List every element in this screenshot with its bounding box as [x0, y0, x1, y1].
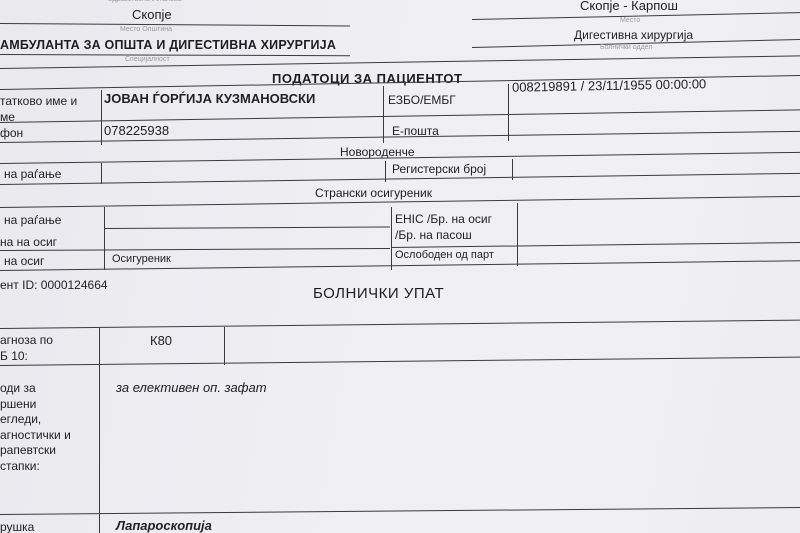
- exempt-label: Ослободен од парт: [395, 249, 494, 261]
- place-value: Скопје - Карпош: [580, 0, 678, 13]
- ehic-label-2: /Бр. на пасош: [395, 228, 472, 242]
- reasons-label-line: рапевтски: [0, 443, 71, 459]
- column-divider: [99, 328, 100, 533]
- divider: [0, 23, 350, 26]
- diagnosis-label-2: Б 10:: [0, 349, 28, 363]
- divider: [0, 357, 800, 366]
- column-divider: [517, 203, 518, 266]
- phone-label: фон: [0, 126, 23, 140]
- city-value: Скопје: [132, 7, 172, 22]
- column-divider: [391, 207, 392, 270]
- column-divider: [101, 163, 102, 184]
- phone-value: 078225938: [104, 123, 169, 138]
- hospital-dept-value: Дигестивна хирургија: [574, 28, 693, 42]
- insurance-type-label: на осиг: [4, 254, 44, 268]
- hospital-dept-label: Болнички оддел: [600, 44, 652, 51]
- referral-title: БОЛНИЧКИ УПАТ: [313, 285, 444, 302]
- institution-label: Здравствена Установа: [108, 0, 181, 3]
- reasons-label-line: егледи,: [0, 412, 71, 428]
- specialty-label: Специјалност: [125, 56, 170, 63]
- insurance-type-value: Осигуреник: [112, 253, 171, 265]
- surgery-value: Лапароскопија: [116, 518, 212, 533]
- ehic-label: ЕНІС /Бр. на осиг: [395, 212, 492, 226]
- column-divider: [104, 207, 105, 270]
- column-divider: [101, 90, 102, 145]
- column-divider: [224, 327, 225, 365]
- divider: [0, 507, 800, 515]
- document-id: ент ID: 0000124664: [0, 278, 108, 292]
- reasons-label-line: стапки:: [0, 459, 71, 475]
- divider: [104, 227, 390, 229]
- reasons-label-line: оди за: [0, 381, 71, 397]
- divider: [0, 248, 390, 251]
- newborn-birth-label: на раѓање: [4, 167, 61, 181]
- ezbo-value: 008219891 / 23/11/1955 00:00:00: [512, 76, 706, 94]
- divider: [0, 55, 800, 69]
- name-label: татково име и: [0, 94, 77, 108]
- register-label: Регистерски број: [392, 162, 486, 176]
- city-label: Место Општина: [120, 26, 172, 33]
- divider: [0, 320, 800, 329]
- foreign-birth-label: на раѓање: [4, 213, 61, 227]
- specialty-value: АМБУЛАНТА ЗА ОПШТА И ДИГЕСТИВНА ХИРУРГИЈ…: [0, 38, 336, 52]
- divider: [391, 242, 800, 248]
- patient-name-value: ЈОВАН ЃОРЃИЈА КУЗМАНОВСКИ: [104, 91, 315, 106]
- reasons-label-line: ршени: [0, 397, 71, 413]
- reasons-label-line: агностички и: [0, 428, 71, 444]
- reasons-value: за елективен оп. зафат: [116, 380, 267, 395]
- foreign-country-label: на на осиг: [0, 235, 57, 249]
- divider: [0, 54, 350, 56]
- surgery-label: рушка: [0, 520, 34, 533]
- reasons-label: оди за ршени егледи, агностички и рапевт…: [0, 381, 71, 474]
- place-label: Место: [620, 17, 640, 24]
- ezbo-label: ЕЗБО/ЕМБГ: [388, 93, 456, 107]
- column-divider: [508, 84, 509, 141]
- foreign-section-title: Странски осигуреник: [315, 186, 432, 200]
- diagnosis-code-value: К80: [150, 333, 172, 348]
- column-divider: [383, 86, 384, 143]
- diagnosis-label: агноза по: [0, 333, 53, 347]
